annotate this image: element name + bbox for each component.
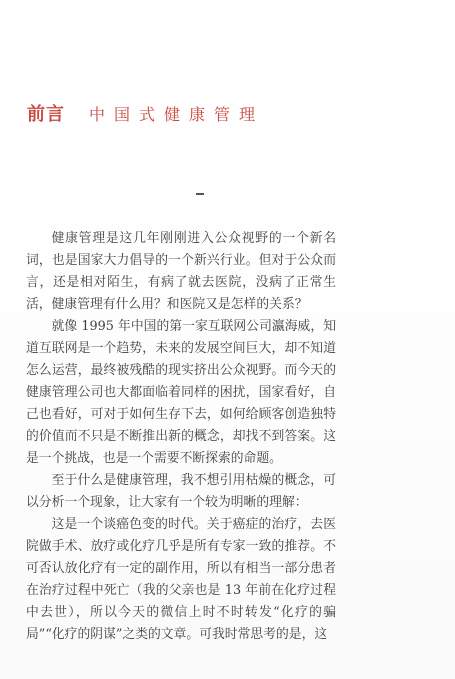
paragraph: 这是一个谈癌色变的时代。关于癌症的治疗，去医院做手术、放疗或化疗几乎是所有专家一… [26, 514, 336, 646]
body-text: 健康管理是这几年刚刚进入公众视野的一个新名词，也是国家大力倡导的一个新兴行业。但… [26, 228, 336, 646]
chapter-subtitle: 中国式健康管理 [89, 102, 264, 125]
book-page: 前言 中国式健康管理 健康管理是这几年刚刚进入公众视野的一个新名词，也是国家大力… [0, 0, 455, 679]
section-divider [196, 193, 204, 195]
chapter-heading: 前言 中国式健康管理 [27, 100, 264, 126]
paragraph: 健康管理是这几年刚刚进入公众视野的一个新名词，也是国家大力倡导的一个新兴行业。但… [26, 228, 336, 316]
paragraph: 就像 1995 年中国的第一家互联网公司瀛海威，知道互联网是一个趋势，未来的发展… [26, 316, 336, 470]
paragraph: 至于什么是健康管理，我不想引用枯燥的概念，可以分析一个现象，让大家有一个较为明晰… [26, 470, 336, 514]
chapter-label: 前言 [27, 100, 65, 126]
